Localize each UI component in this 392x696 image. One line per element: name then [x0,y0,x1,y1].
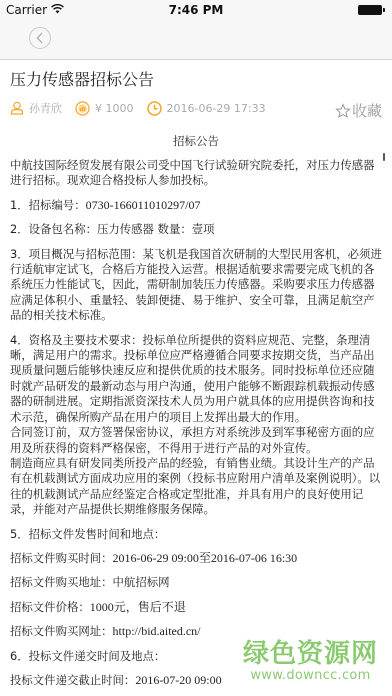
purchase-url: 招标文件购买网址：http://bid.aited.cn/ [10,624,382,639]
submission-deadline: 投标文件递交截止时间：2016-07-20 09:00 [10,673,382,688]
project-overview: 3．项目概况与招标范围：某飞机是我国首次研制的大型民用客机，必须进行适航审定试飞… [10,247,382,324]
submission-deadline-value: 2016-07-20 09:00 [135,673,221,687]
carrier-info: Carrier [6,3,64,17]
article-title: 压力传感器招标公告 [0,60,392,92]
back-button[interactable] [29,27,51,49]
tender-number: 1．招标编号：0730-166011010297/07 [10,198,382,213]
clock-icon [147,101,162,116]
confidentiality-clause: 合同签订前，双方签署保密协议，承担方对系统涉及到军事秘密方面的应用及所获得的资料… [10,425,382,456]
purchase-address: 招标文件购买地址：中航招标网 [10,575,382,590]
favorite-button[interactable]: 收藏 [335,100,382,121]
submission-deadline-label: 投标文件递交截止时间： [10,673,135,687]
manufacturer-requirements: 制造商应具有研发同类所投产品的经验，有销售业绩。其设计生产的产品有在机载测试方面… [10,456,382,518]
intro-paragraph: 中航技国际经贸发展有限公司受中国飞行试验研究院委托，对压力传感器进行招标。现欢迎… [10,158,382,189]
wifi-icon [51,3,64,17]
post-datetime: 2016-06-29 17:33 [167,102,266,115]
date-info: 2016-06-29 17:33 [147,101,266,116]
document-price-label: 招标文件价格： [10,600,90,614]
purchase-address-value: 中航招标网 [113,575,170,589]
article-meta: 孙青欣 ¥ 1000 2016-06-29 17:33 收藏 [0,92,392,124]
purchase-time: 招标文件购买时间：2016-06-29 09:00至2016-07-06 16:… [10,551,382,566]
tender-number-value: 0730-166011010297/07 [86,198,201,212]
user-icon [10,101,24,115]
favorite-label: 收藏 [352,100,382,121]
author-info: 孙青欣 [10,100,62,116]
star-icon [335,103,351,119]
scrollbar[interactable] [383,153,385,161]
battery-icon [358,5,382,15]
tender-number-label: 1．招标编号： [10,198,86,212]
article-body: 招标公告 中航技国际经贸发展有限公司受中国飞行试验研究院委托，对压力传感器进行招… [0,133,392,688]
qualification-requirements: 4．资格及主要技术要求：投标单位所提供的资料应规范、完整，条理清晰，满足用户的需… [10,333,382,425]
author-name: 孙青欣 [29,100,62,116]
carrier-label: Carrier [6,3,47,17]
document-price: 招标文件价格：1000元，售后不退 [10,600,382,615]
notice-heading: 招标公告 [10,133,382,149]
submission-heading: 6．投标文件递交时间及地点： [10,649,382,664]
equipment-package: 2．设备包名称：压力传感器 数量：壹项 [10,222,382,237]
nav-bar [0,20,392,60]
chevron-left-icon [35,32,45,44]
purchase-url-label: 招标文件购买网址： [10,624,113,638]
purchase-url-link[interactable]: http://bid.aited.cn/ [113,624,201,638]
purchase-time-value: 2016-06-29 09:00至2016-07-06 16:30 [113,551,298,565]
price-value: ¥ 1000 [95,102,134,115]
status-bar: Carrier 7:46 PM [0,0,392,20]
coin-chart-icon [75,101,90,116]
sale-time-place-heading: 5．招标文件发售时间和地点： [10,527,382,542]
purchase-address-label: 招标文件购买地址： [10,575,113,589]
purchase-time-label: 招标文件购买时间： [10,551,113,565]
document-price-value: 1000元，售后不退 [90,600,186,614]
price-info: ¥ 1000 [75,101,134,116]
